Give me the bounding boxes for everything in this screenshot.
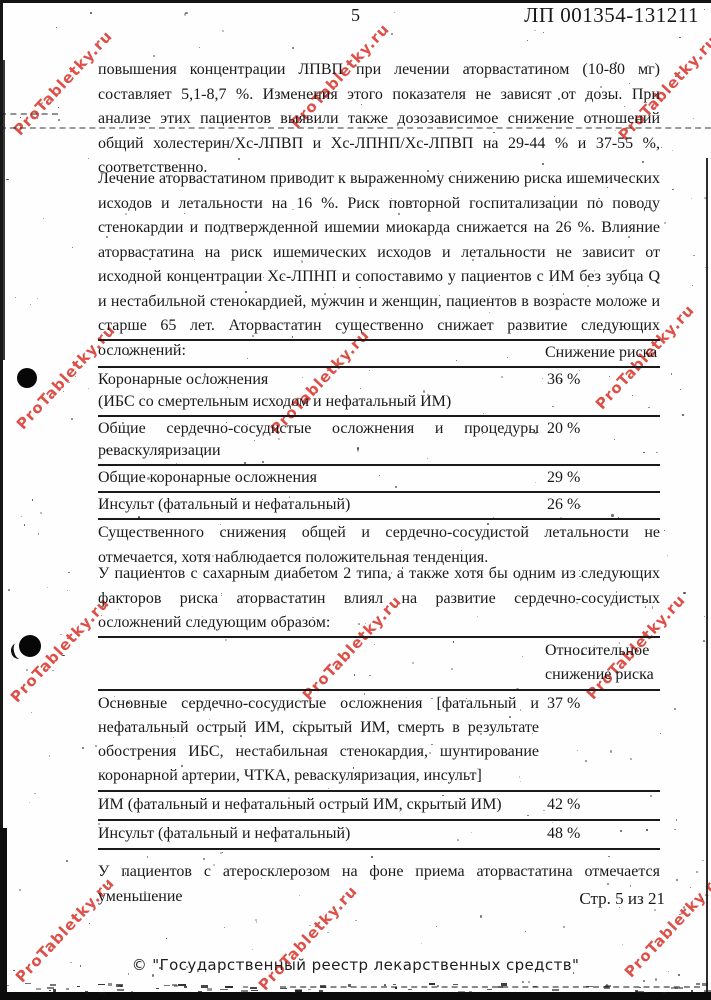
row-label: Инсульт (фатальный и нефатальный): [98, 822, 545, 846]
header-spacer: [98, 639, 545, 687]
row-label: Коронарные осложнения (ИБС со смертельны…: [98, 369, 545, 413]
page-edge-artifact: [706, 158, 708, 1000]
page-edge-artifact: [0, 60, 5, 360]
footer-page-indicator: Стр. 5 из 21: [579, 889, 665, 909]
row-value: 36 %: [545, 369, 660, 413]
table-header-row: Снижение риска: [98, 339, 660, 366]
table-row: Общие сердечно-сосудистые осложнения и п…: [98, 415, 660, 464]
page-edge-artifact: [0, 0, 711, 3]
table-row: Инсульт (фатальный и нефатальный) 48 %: [98, 819, 660, 848]
table-row: Общие коронарные осложнения 29 %: [98, 464, 660, 491]
page-edge-artifact: [0, 992, 711, 1000]
relative-risk-reduction-table: Относительное снижение риска Основные се…: [98, 636, 660, 850]
row-label: Основные сердечно-сосудистые осложнения …: [98, 692, 545, 788]
table-header-row: Относительное снижение риска: [98, 636, 660, 689]
paragraph-diabetes-intro: У пациентов с сахарным диабетом 2 типа, …: [98, 562, 660, 636]
row-value: 26 %: [545, 494, 660, 516]
doc-code: ЛП 001354-131211: [524, 3, 699, 28]
table-row: Коронарные осложнения (ИБС со смертельны…: [98, 366, 660, 415]
row-value: 48 %: [545, 822, 660, 846]
paragraph-atherosclerosis: У пациентов с атеросклерозом на фоне при…: [98, 860, 660, 909]
hole-punch: [19, 635, 41, 657]
row-label: Инсульт (фатальный и нефатальный): [98, 494, 545, 516]
table-row: Основные сердечно-сосудистые осложнения …: [98, 689, 660, 790]
row-value: 42 %: [545, 793, 660, 817]
table-row: ИМ (фатальный и нефатальный острый ИМ, с…: [98, 790, 660, 819]
risk-reduction-table: Снижение риска Коронарные осложнения (ИБ…: [98, 339, 660, 520]
table-row: Инсульт (фатальный и нефатальный) 26 %: [98, 491, 660, 518]
row-label: Общие коронарные осложнения: [98, 467, 545, 489]
dashed-scan-artifact: [0, 127, 711, 129]
page-edge-artifact: [0, 828, 7, 1000]
row-value: 20 %: [545, 418, 660, 462]
dashed-scan-artifact: [280, 986, 700, 988]
scanned-document-page: ProTabletky.ru ProTabletky.ru ProTabletk…: [0, 0, 711, 1000]
dashed-scan-artifact: [0, 113, 58, 115]
row-label: ИМ (фатальный и нефатальный острый ИМ, с…: [98, 793, 545, 817]
row-value: 29 %: [545, 467, 660, 489]
row-value: 37 %: [545, 692, 660, 788]
header-spacer: [98, 342, 545, 364]
column-header-relative-risk-reduction: Относительное снижение риска: [545, 639, 660, 687]
registry-copyright: © "Государственный реестр лекарственных …: [0, 956, 711, 974]
paragraph-treatment-outcomes: Лечение аторвастатином приводит к выраже…: [98, 167, 660, 363]
column-header-risk-reduction: Снижение риска: [545, 342, 660, 364]
paragraph-hdl-effect: повышения концентрации ЛПВП при лечении …: [98, 58, 660, 181]
hole-punch: [17, 368, 37, 388]
row-label: Общие сердечно-сосудистые осложнения и п…: [98, 418, 545, 462]
